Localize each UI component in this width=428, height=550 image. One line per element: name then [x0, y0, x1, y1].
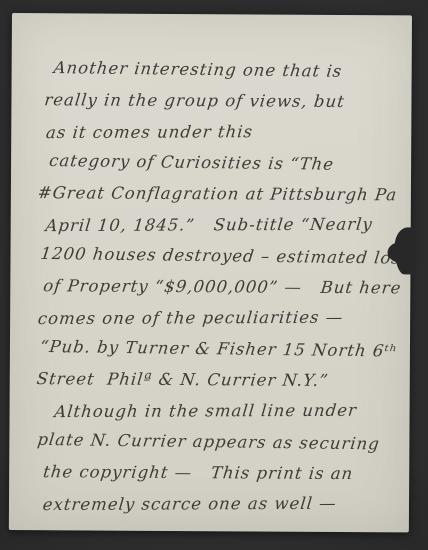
letter-line: 1200 houses destroyed – estimated loss: [39, 238, 404, 274]
letter-page: Another interesting one that is really i…: [9, 13, 412, 532]
letter-line: extremely scarce one as well —: [41, 488, 403, 521]
letter-line: comes one of the peculiarities —: [36, 301, 404, 334]
torn-edge-notch: [387, 241, 414, 263]
handwritten-text-block: Another interesting one that is really i…: [25, 53, 404, 520]
letter-line: Another interesting one that is: [52, 52, 405, 88]
letter-line: #Great Conflagration at Pittsburgh Pa: [36, 177, 404, 210]
letter-line: “Pub. by Turner & Fisher 15 North 6ᵗʰ: [38, 331, 403, 367]
letter-line: April 10, 1845.” Sub-title “Nearly: [44, 209, 405, 242]
letter-line: as it comes under this: [45, 116, 406, 149]
letter-line: of Property “$9,000,000” — But here: [42, 270, 404, 303]
letter-line: really in the group of views, but: [43, 84, 405, 117]
letter-line: category of Curiosities is “The: [47, 145, 404, 181]
letter-line: the copyright — This print is an: [41, 456, 402, 489]
letter-line: Street Philª & N. Currier N.Y.”: [35, 363, 403, 396]
photo-background: Another interesting one that is really i…: [0, 0, 428, 550]
letter-line: Although in the small line under: [53, 395, 404, 427]
letter-line: plate N. Currier appears as securing: [36, 424, 403, 460]
